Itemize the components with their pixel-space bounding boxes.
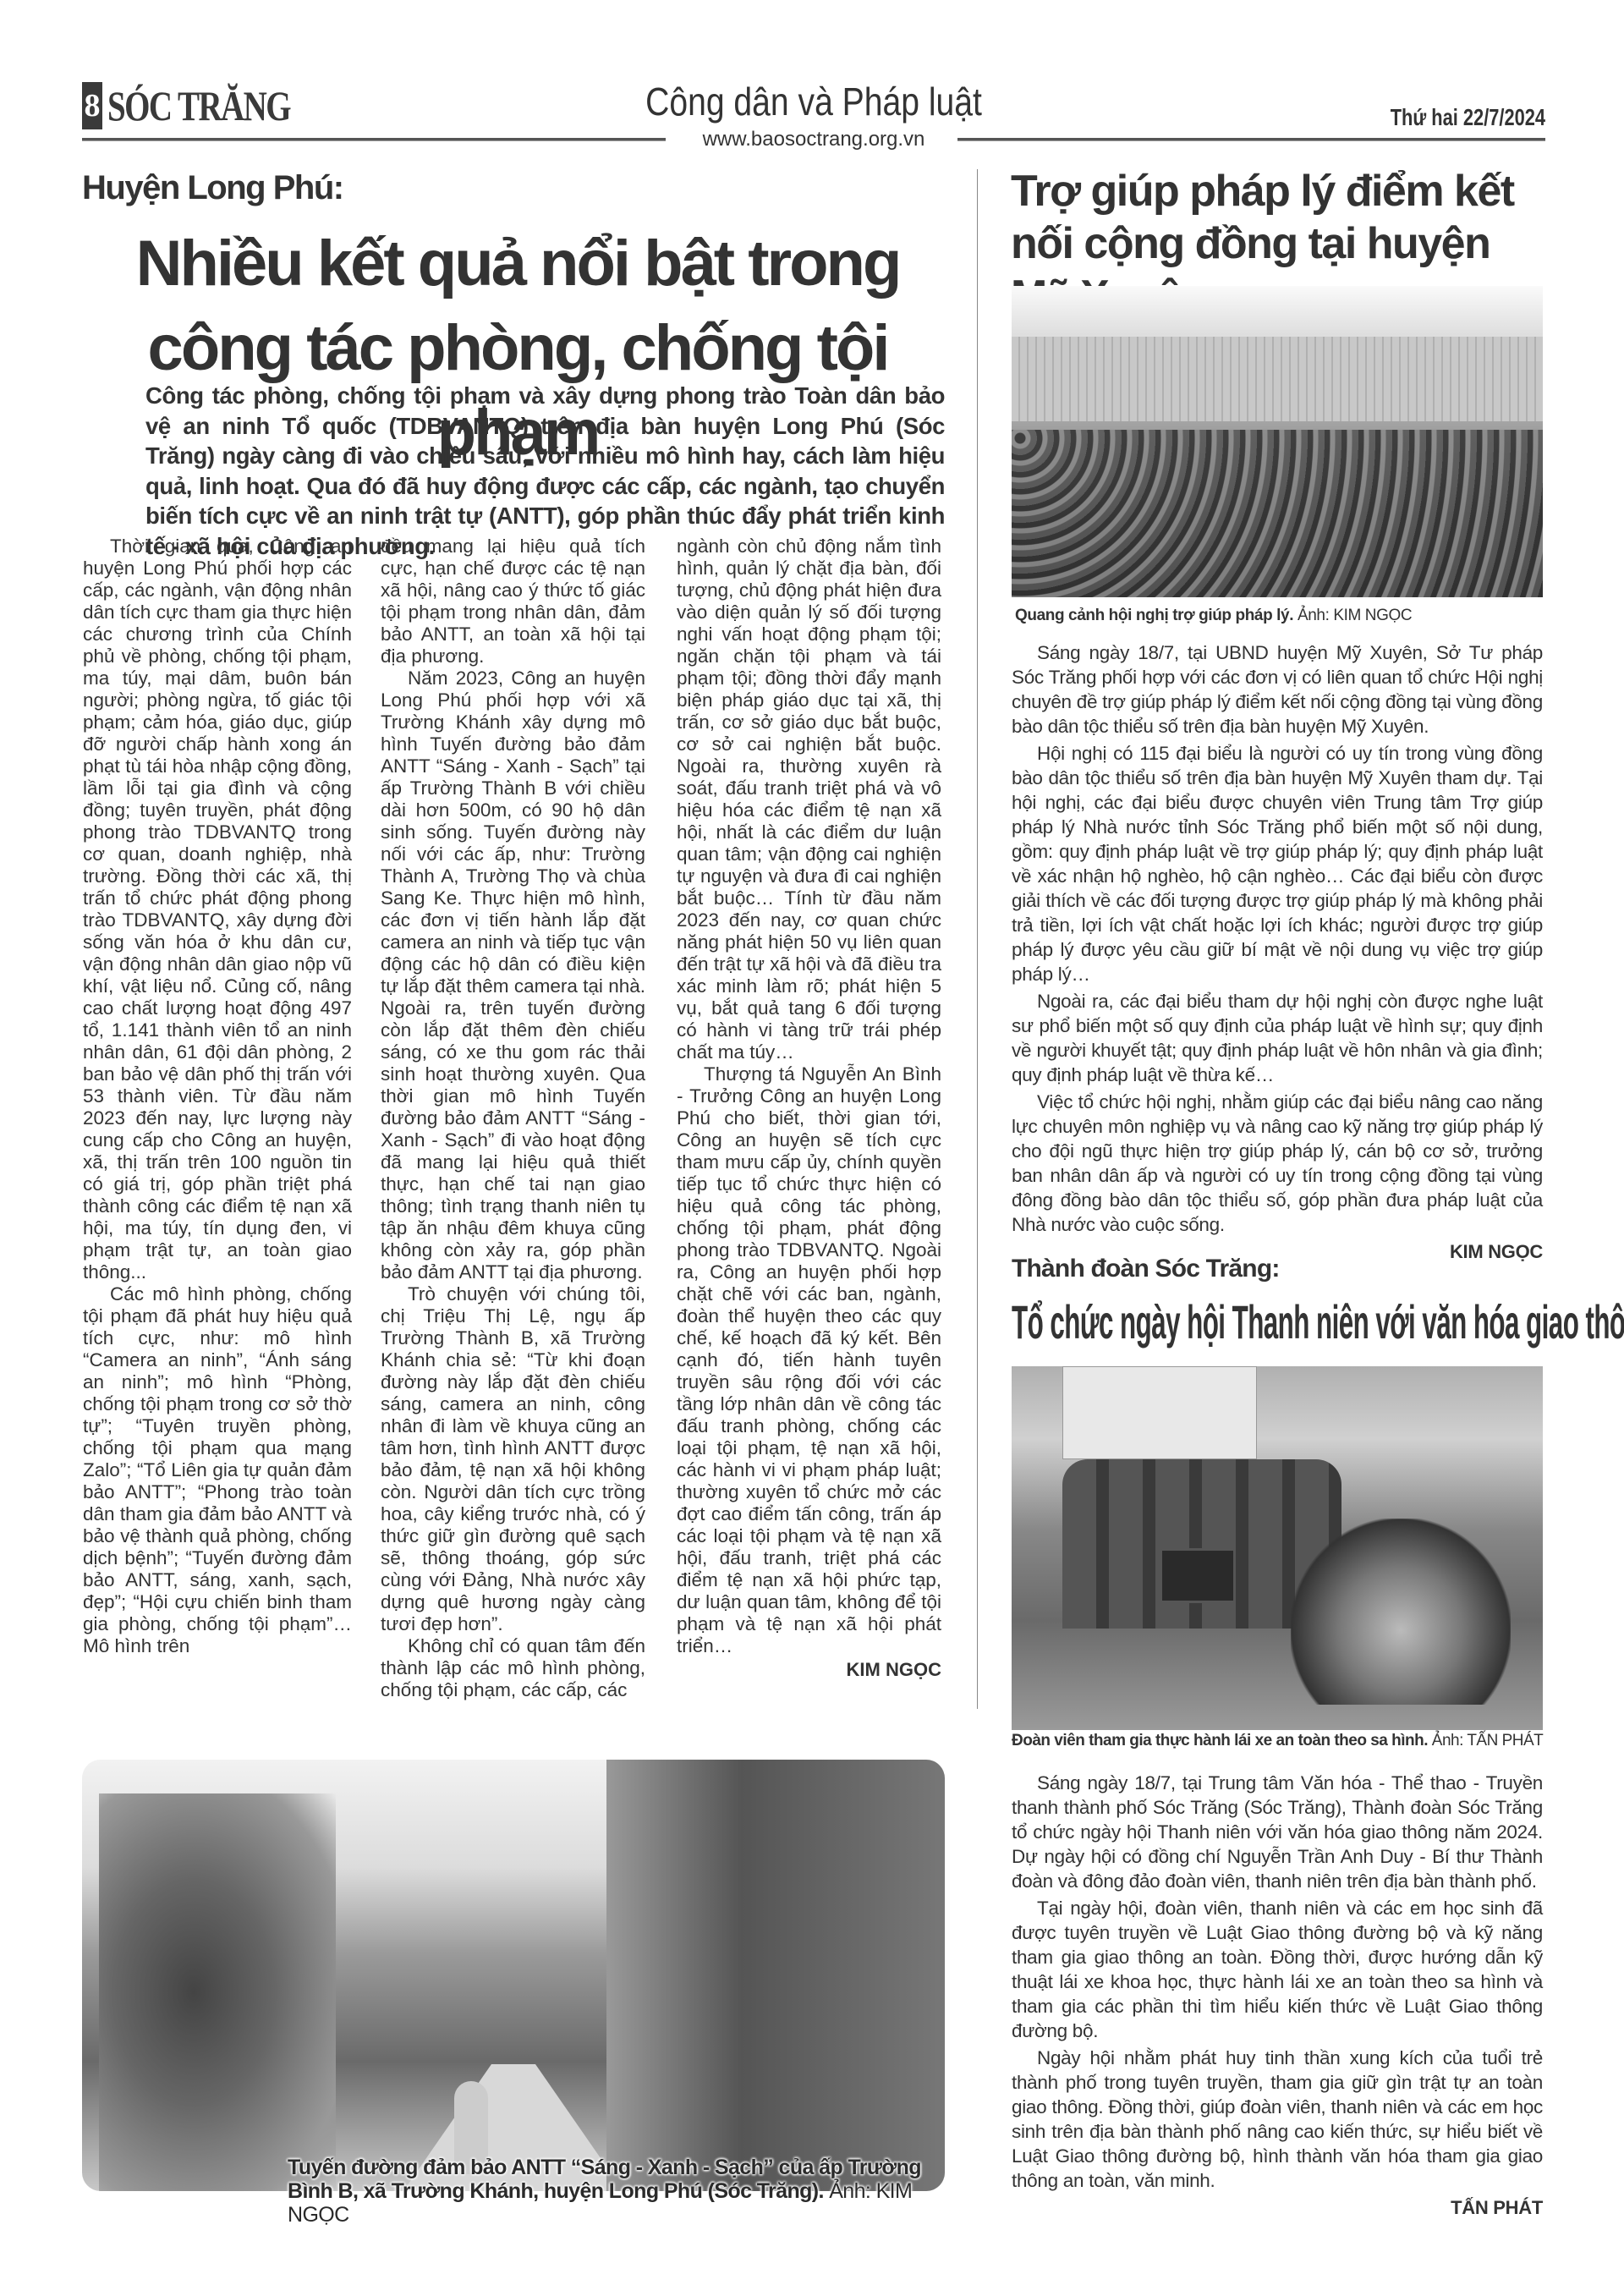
main-article-kicker: Huyện Long Phú:	[82, 169, 343, 207]
photo-monitor	[1160, 1548, 1236, 1603]
photo-trees-right	[606, 1760, 945, 2191]
youth-article-body: Sáng ngày 18/7, tại Trung tâm Văn hóa - …	[1012, 1771, 1543, 2220]
photo-credit: Ảnh: KIM NGỌC	[1298, 607, 1412, 624]
masthead: 8 SÓC TRĂNG Công dân và Pháp luật Thứ ha…	[82, 80, 1545, 148]
photo-banner	[1062, 1366, 1257, 1459]
caption-text: Quang cảnh hội nghị trợ giúp pháp lý.	[1015, 607, 1293, 624]
paragraph: Sáng ngày 18/7, tại Trung tâm Văn hóa - …	[1012, 1771, 1543, 1893]
paragraph: Thượng tá Nguyễn An Bình - Trưởng Công a…	[677, 1063, 941, 1657]
photo-motorbike	[1291, 1519, 1511, 1705]
main-article-column-3: ngành còn chủ động nắm tình hình, quản l…	[677, 536, 941, 1681]
paragraph: Năm 2023, Công an huyện Long Phú phối hợ…	[381, 667, 645, 1283]
conference-photo-caption: Quang cảnh hội nghị trợ giúp pháp lý. Ản…	[1015, 607, 1412, 625]
paragraph: Thời gian qua, Công an huyện Long Phú ph…	[83, 536, 352, 1283]
photo-ceiling	[1012, 286, 1543, 337]
youth-article-byline: TẤN PHÁT	[1012, 2195, 1543, 2220]
photo-credit: Ảnh: TẤN PHÁT	[1432, 1732, 1543, 1749]
main-article-byline: KIM NGỌC	[677, 1659, 941, 1681]
paragraph: đều mang lại hiệu quả tích cực, hạn chế …	[381, 536, 645, 667]
main-article-lede: Công tác phòng, chống tội phạm và xây dự…	[145, 381, 945, 561]
paragraph: Việc tổ chức hội nghị, nhằm giúp các đại…	[1012, 1090, 1543, 1237]
road-photo	[82, 1760, 945, 2191]
paragraph: Trò chuyện với chúng tôi, chị Triệu Thị …	[381, 1283, 645, 1635]
section-title: Công dân và Pháp luật	[192, 79, 1436, 124]
page-number: 8	[82, 82, 102, 129]
paragraph: Các mô hình phòng, chống tội phạm đã phá…	[83, 1283, 352, 1657]
paragraph: ngành còn chủ động nắm tình hình, quản l…	[677, 536, 941, 1063]
photo-trees-left	[99, 1793, 336, 2191]
legal-aid-body: Sáng ngày 18/7, tại UBND huyện Mỹ Xuyên,…	[1012, 640, 1543, 1264]
paragraph: Ngoài ra, các đại biểu tham dự hội nghị …	[1012, 989, 1543, 1087]
traffic-photo-caption: Đoàn viên tham gia thực hành lái xe an t…	[1012, 1732, 1543, 1750]
conference-photo	[1012, 286, 1543, 597]
caption-text: Đoàn viên tham gia thực hành lái xe an t…	[1012, 1732, 1428, 1749]
masthead-rule-right	[957, 138, 1545, 141]
paragraph: Sáng ngày 18/7, tại UBND huyện Mỹ Xuyên,…	[1012, 640, 1543, 739]
youth-article-headline: Tổ chức ngày hội Thanh niên với văn hóa …	[1012, 1293, 1624, 1352]
main-article-column-2: đều mang lại hiệu quả tích cực, hạn chế …	[381, 536, 645, 1701]
youth-article-kicker: Thành đoàn Sóc Trăng:	[1012, 1255, 1280, 1283]
photo-wall	[1012, 337, 1543, 421]
road-photo-caption: Tuyến đường đảm bảo ANTT “Sáng - Xanh - …	[288, 2156, 930, 2227]
caption-text: Tuyến đường đảm bảo ANTT “Sáng - Xanh - …	[288, 2156, 921, 2203]
paragraph: Hội nghị có 115 đại biểu là người có uy …	[1012, 741, 1543, 986]
paragraph: Tại ngày hội, đoàn viên, thanh niên và c…	[1012, 1896, 1543, 2043]
paragraph: Ngày hội nhằm phát huy tinh thần xung kí…	[1012, 2046, 1543, 2193]
paragraph: Không chỉ có quan tâm đến thành lập các …	[381, 1635, 645, 1701]
photo-audience	[1012, 430, 1543, 597]
traffic-event-photo	[1012, 1366, 1543, 1730]
main-article-column-1: Thời gian qua, Công an huyện Long Phú ph…	[83, 536, 352, 1657]
column-divider	[977, 169, 978, 1709]
